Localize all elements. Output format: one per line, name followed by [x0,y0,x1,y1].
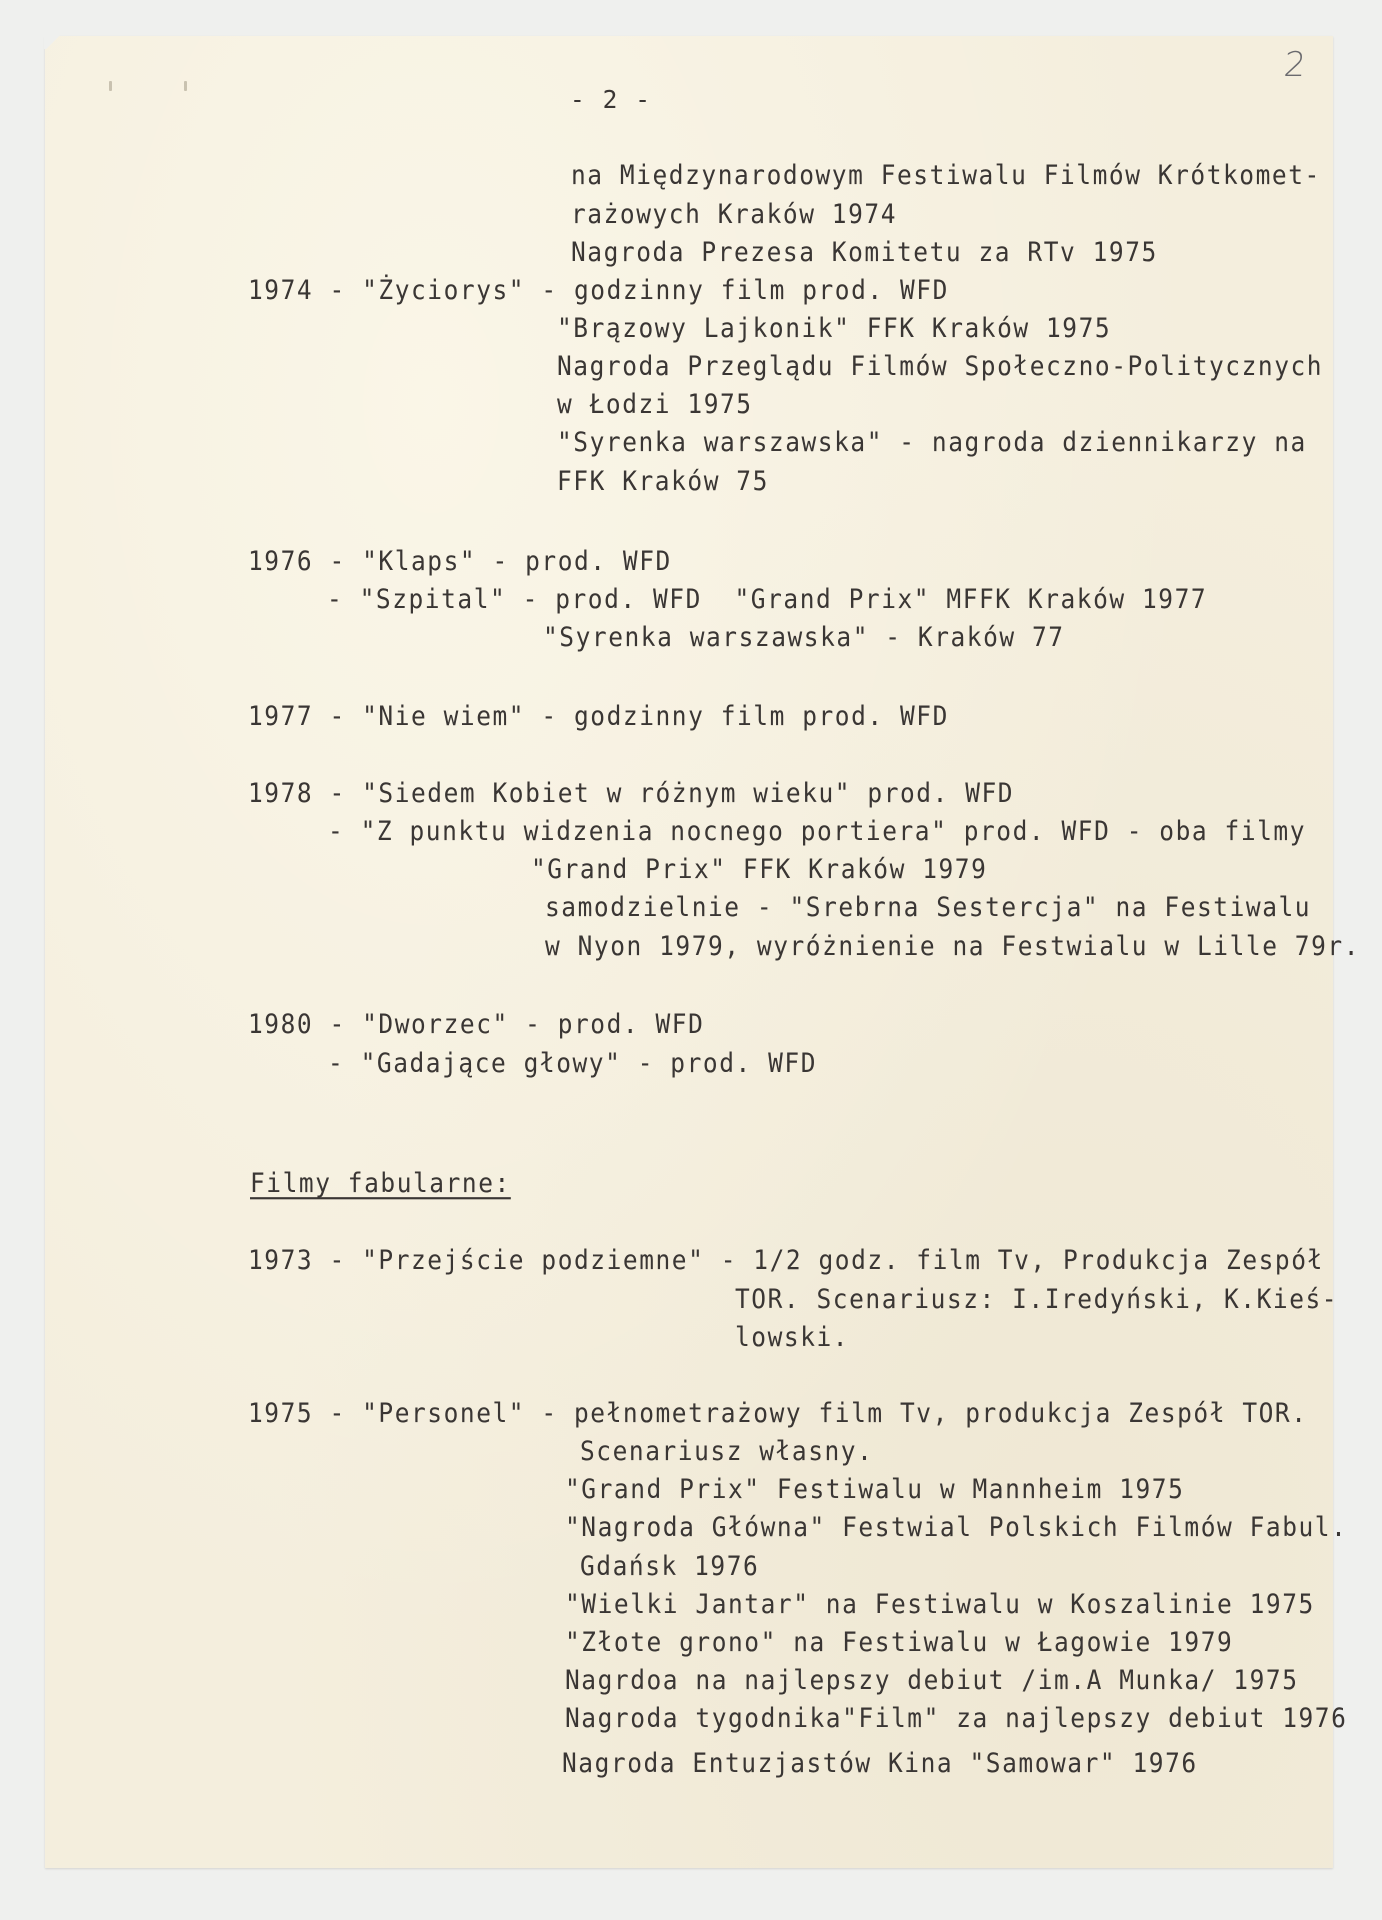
text-line: "Syrenka warszawska" - nagroda dziennika… [557,427,1307,457]
text-line: 1976 - "Klaps" - prod. WFD [248,546,672,576]
text-line: "Wielki Jantar" na Festiwalu w Koszalini… [565,1589,1315,1619]
text-line: Nagroda Przeglądu Filmów Społeczno-Polit… [557,351,1323,381]
text-line: - "Gadające głowy" - prod. WFD [328,1048,817,1078]
text-line: Nagrdoa na najlepszy debiut /im.A Munka/… [565,1665,1299,1695]
text-line: 1977 - "Nie wiem" - godzinny film prod. … [248,701,949,731]
text-line: samodzielnie - "Srebrna Sestercja" na Fe… [545,892,1311,922]
page-marker: - 2 - [570,86,652,114]
text-line: "Grand Prix" Festiwalu w Mannheim 1975 [565,1474,1184,1504]
text-line: Gdańsk 1976 [580,1551,759,1581]
handwritten-page-number: 2 [1282,48,1307,82]
text-line: Nagroda Prezesa Komitetu za RTv 1975 [571,237,1158,267]
text-line: "Grand Prix" FFK Kraków 1979 [531,854,987,884]
text-line: 1980 - "Dworzec" - prod. WFD [248,1009,704,1039]
text-line: w Nyon 1979, wyróżnienie na Festwialu w … [545,931,1360,961]
text-line: 1978 - "Siedem Kobiet w różnym wieku" pr… [248,778,1014,808]
text-line: Nagroda tygodnika"Film" za najlepszy deb… [565,1703,1347,1733]
text-line: - "Z punktu widzenia nocnego portiera" p… [328,816,1306,846]
text-line: w Łodzi 1975 [557,389,753,419]
text-line: 1974 - "Życiorys" - godzinny film prod. … [248,275,949,305]
text-line: lowski. [735,1322,849,1352]
punch-mark-right [184,81,187,91]
text-line: Scenariusz własny. [580,1436,873,1466]
text-line: 1973 - "Przejście podziemne" - 1/2 godz.… [248,1245,1324,1275]
text-line: rażowych Kraków 1974 [571,199,897,229]
text-line: Nagroda Entuzjastów Kina "Samowar" 1976 [562,1748,1198,1778]
text-line: "Syrenka warszawska" - Kraków 77 [543,622,1065,652]
text-line: na Międzynarodowym Festiwalu Filmów Krót… [571,160,1321,190]
text-line: TOR. Scenariusz: I.Iredyński, K.Kieś- [735,1284,1338,1314]
punch-mark-left [109,81,112,91]
text-line: - "Szpital" - prod. WFD "Grand Prix" MFF… [327,584,1207,614]
text-line: "Nagroda Główna" Festwial Polskich Filmó… [565,1512,1347,1542]
text-line: "Brązowy Lajkonik" FFK Kraków 1975 [557,313,1111,343]
text-line: FFK Kraków 75 [557,466,769,496]
text-line: 1975 - "Personel" - pełnometrażowy film … [248,1398,1308,1428]
text-line: "Złote grono" na Festiwalu w Łagowie 197… [565,1627,1233,1657]
section-heading-feature-films: Filmy fabularne: [250,1168,511,1198]
